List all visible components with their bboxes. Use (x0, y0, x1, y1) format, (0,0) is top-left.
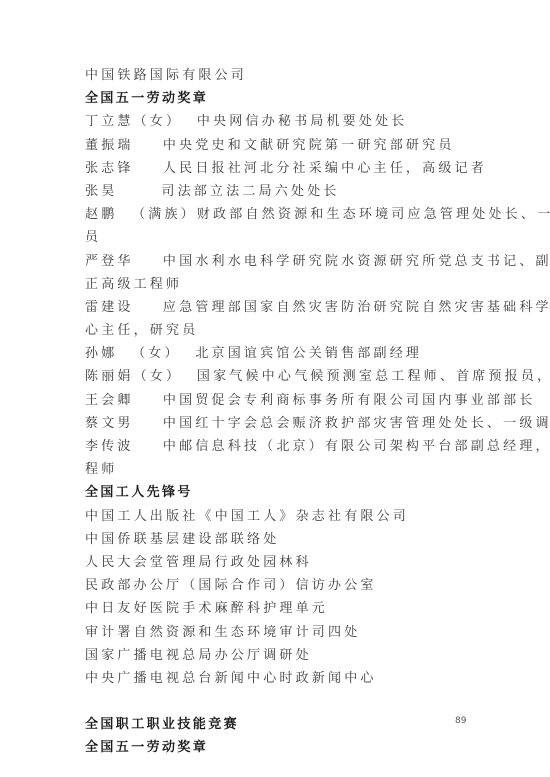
text-line: 审计署自然资源和生态环境审计司四处 (85, 621, 475, 644)
text-line: 人民大会堂管理局行政处园林科 (85, 551, 475, 574)
text-line: 中国铁路国际有限公司 (85, 64, 475, 87)
text-line: 蔡文男 中国红十字会总会赈济救护部灾害管理处处长、一级调研员 (85, 412, 475, 435)
text-line: 正高级工程师 (85, 273, 475, 296)
text-line: 国家广播电视总局办公厅调研处 (85, 644, 475, 667)
text-line: 张志锋 人民日报社河北分社采编中心主任，高级记者 (85, 157, 475, 180)
text-line: 丁立慧（女） 中央网信办秘书局机要处处长 (85, 110, 475, 133)
text-line: 张昊 司法部立法二局六处处长 (85, 180, 475, 203)
text-line: 雷建设 应急管理部国家自然灾害防治研究院自然灾害基础科学研究中 (85, 296, 475, 319)
document-page: 中国铁路国际有限公司全国五一劳动奖章丁立慧（女） 中央网信办秘书局机要处处长董振… (85, 64, 475, 760)
text-line: 中国工人出版社《中国工人》杂志社有限公司 (85, 505, 475, 528)
text-line: 董振瑞 中央党史和文献研究院第一研究部研究员 (85, 134, 475, 157)
section-heading: 全国五一劳动奖章 (85, 87, 475, 110)
section-heading: 全国五一劳动奖章 (85, 736, 475, 759)
text-line: 严登华 中国水利水电科学研究院水资源研究所党总支书记、副所长， (85, 250, 475, 273)
text-line: 赵鹏 （满族）财政部自然资源和生态环境司应急管理处处长、一级调研 (85, 203, 475, 226)
text-line: 中国侨联基层建设部联络处 (85, 528, 475, 551)
text-line: 中央广播电视总台新闻中心时政新闻中心 (85, 667, 475, 690)
text-line: 民政部办公厅（国际合作司）信访办公室 (85, 574, 475, 597)
text-line: 孙娜 （女） 北京国谊宾馆公关销售部副经理 (85, 342, 475, 365)
text-line: 员 (85, 226, 475, 249)
page-number: 89 (455, 716, 466, 726)
blank-line (85, 690, 475, 713)
section-heading: 全国职工职业技能竞赛 (85, 713, 475, 736)
text-line: 陈丽娟（女） 国家气候中心气候预测室总工程师、首席预报员，研究员 (85, 365, 475, 388)
text-line: 程师 (85, 458, 475, 481)
text-line: 李传波 中邮信息科技（北京）有限公司架构平台部副总经理，高级工 (85, 435, 475, 458)
section-heading: 全国工人先锋号 (85, 481, 475, 504)
text-line: 心主任，研究员 (85, 319, 475, 342)
text-line: 中日友好医院手术麻醉科护理单元 (85, 597, 475, 620)
text-line: 王会卿 中国贸促会专利商标事务所有限公司国内事业部部长 (85, 389, 475, 412)
